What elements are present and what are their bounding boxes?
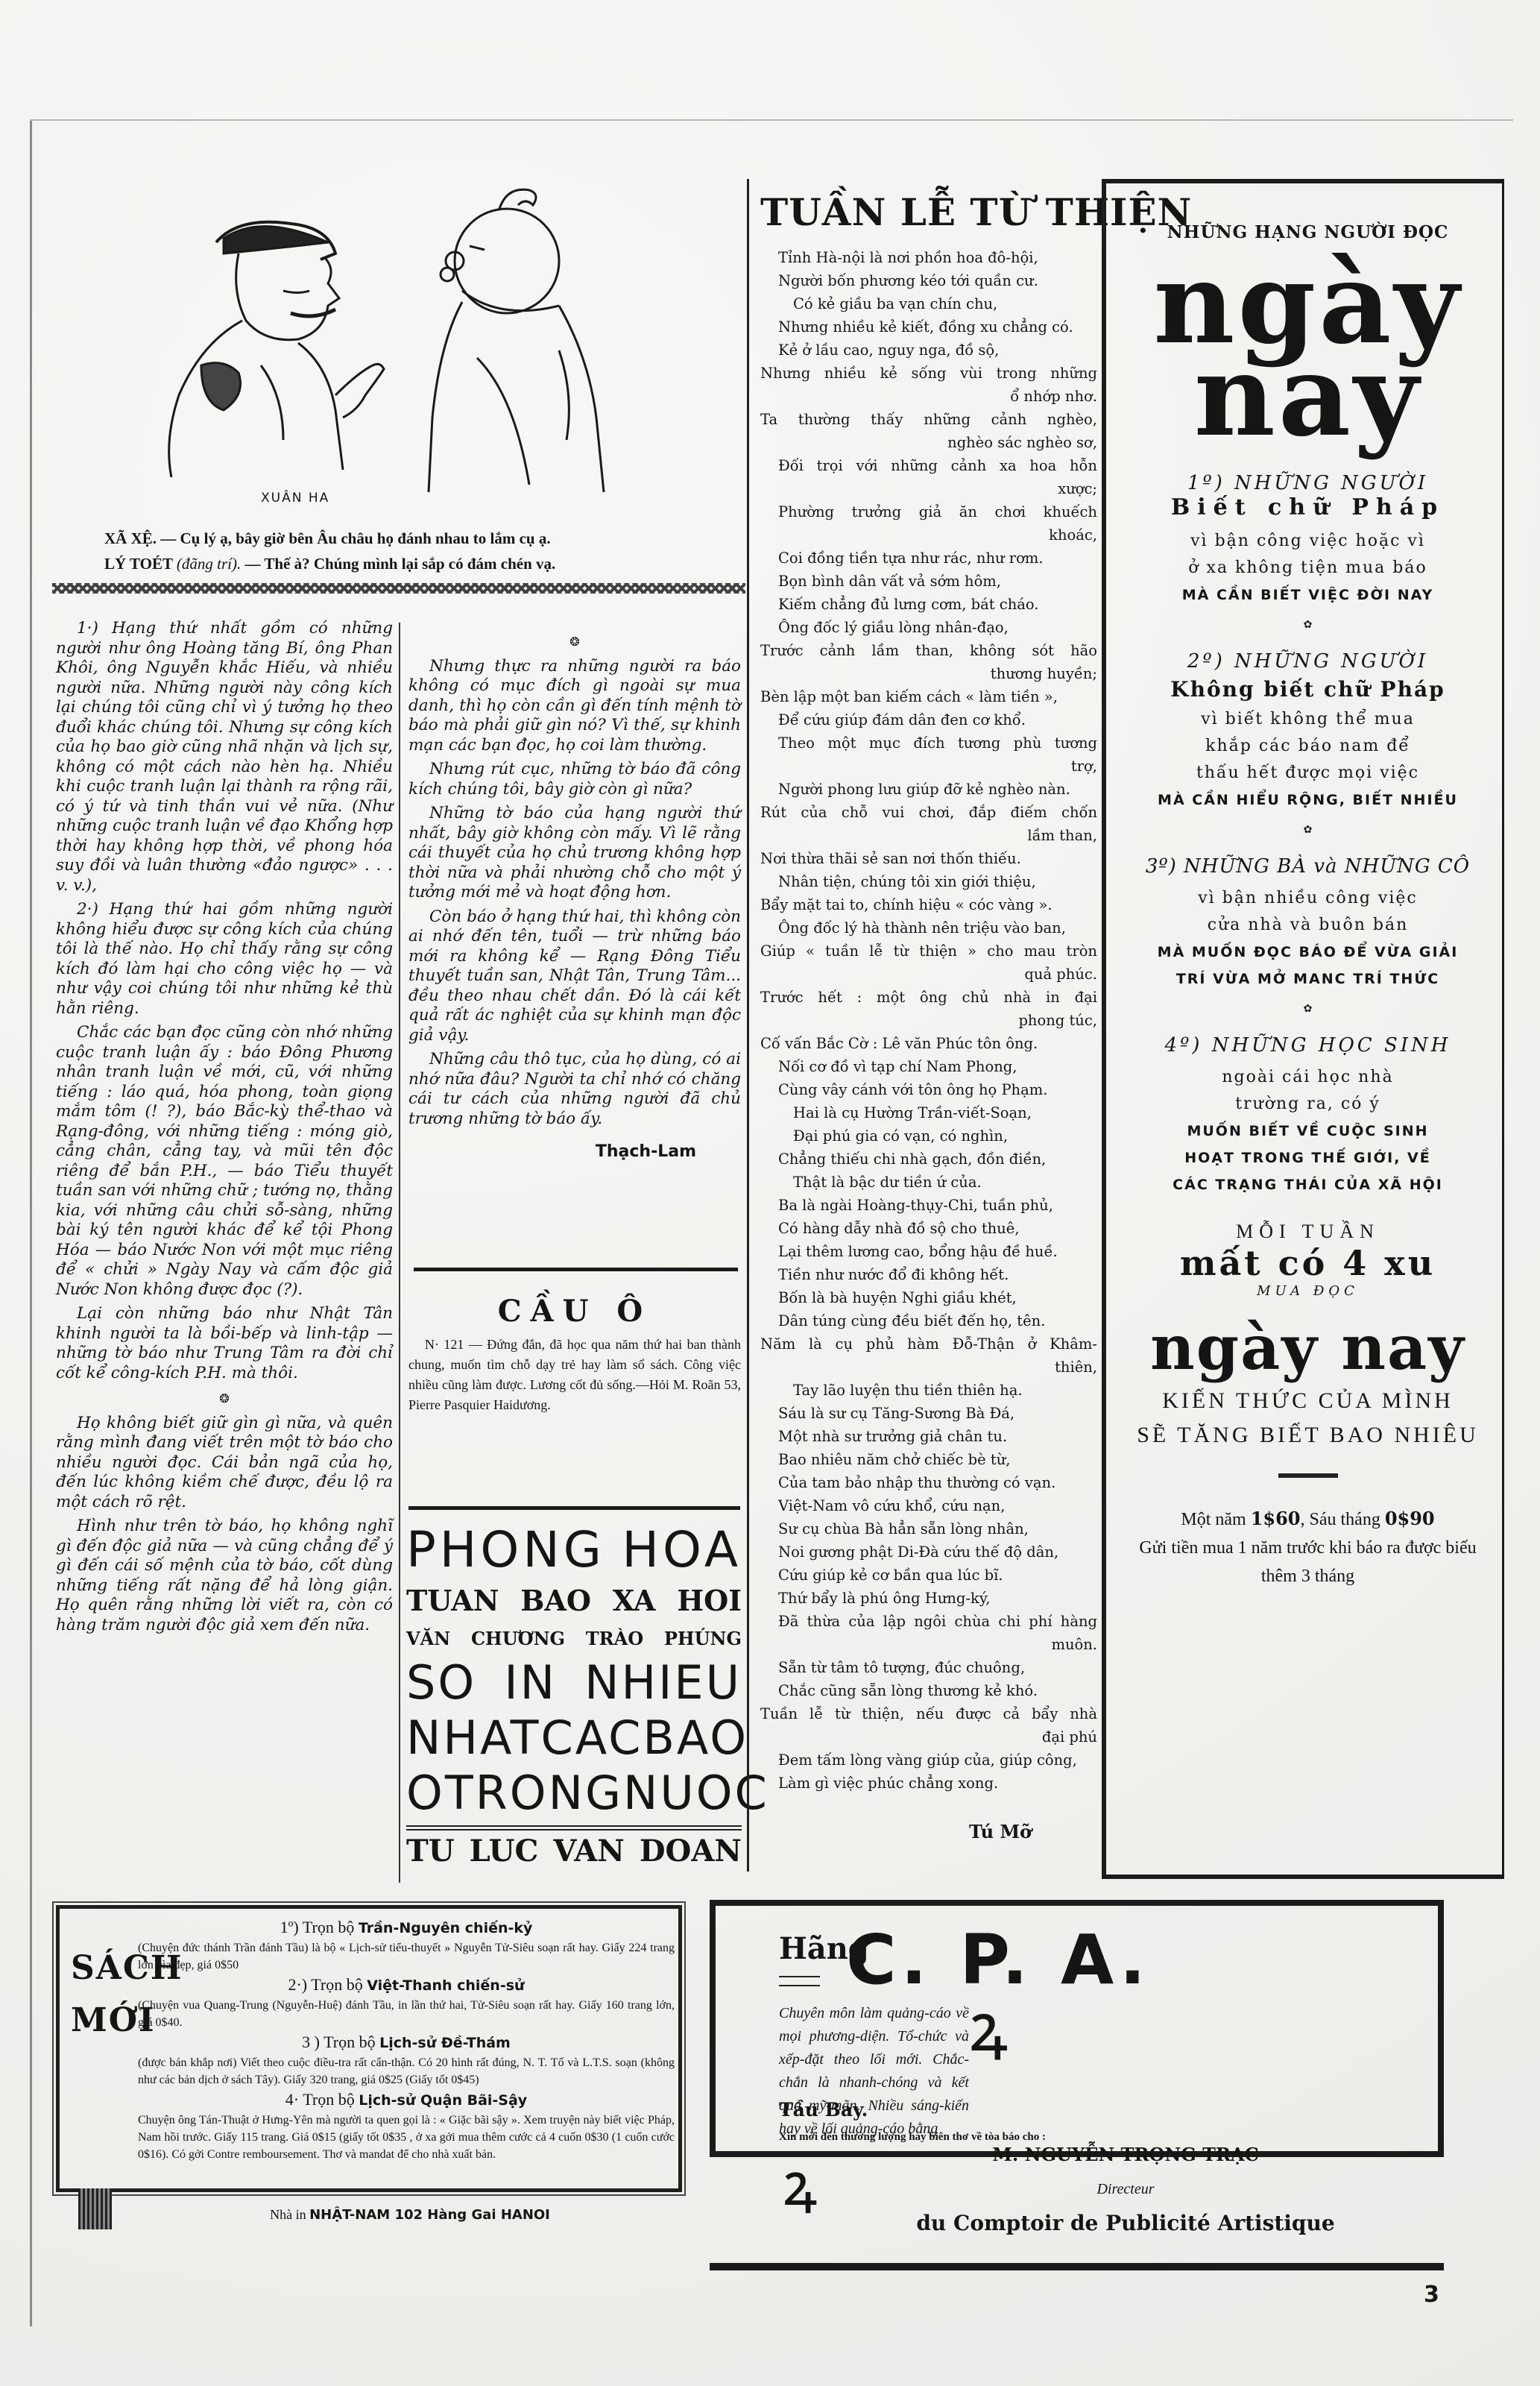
poem-line: Tiền như nước đổ đi không hết. [760,1263,1097,1286]
poem-line: Rút của chỗ vui chơi, đắp điếm chốn [760,801,1097,824]
article-paragraph: Hình như trên tờ báo, họ không nghĩ gì đ… [56,1517,393,1635]
poem-line: thương huyền; [760,662,1097,685]
article-column-2: ❂ Nhưng thực ra những người ra báo không… [408,626,741,1162]
caption-speaker-1: XÃ XỆ. [104,529,157,547]
ngay-nay-logo-inline: ngày nay [1124,1312,1492,1384]
page-top-border [30,119,1513,121]
article-paragraph: 1·) Hạng thứ nhất gồm có những người như… [56,619,393,895]
poem-line: quả phúc. [760,963,1097,986]
poem-line: Chắc cũng sẵn lòng thương kẻ khó. [760,1679,1097,1702]
group-line: khắp các báo nam để [1124,733,1492,760]
article-paragraph: Nhưng rút cục, những tờ báo đã công kích… [408,760,741,799]
caption-text-2: — Thế à? Chúng mình lại sắp có đám chén … [244,555,555,573]
poem-line: Làm gì việc phúc chẳng xong. [760,1772,1097,1795]
poem-line: Nhưng nhiều kẻ sống vùi trong những [760,362,1097,385]
group-line: ở xa không tiện mua báo [1124,555,1492,582]
poem-line: Người phong lưu giúp đỡ kẻ nghèo nàn. [760,778,1097,801]
poem-line: Người bốn phương kéo tới quần cư. [760,269,1097,292]
poem-line: Đại phú gia có vạn, có nghìn, [760,1124,1097,1148]
poem-line: đại phú [760,1725,1097,1748]
poem-line: Tay lão luyện thu tiền thiên hạ. [760,1379,1097,1402]
poem-line: Năm là cụ phủ hàm Đỗ-Thận ở Khâm- [760,1332,1097,1356]
article-paragraph: Họ không biết giữ gìn gì nữa, và quên rằ… [56,1414,393,1513]
page-left-border [30,119,32,2326]
poem-line: xược; [760,477,1097,500]
column-rule [399,623,400,1883]
poem-line: Hai là cụ Hường Trần-viết-Soạn, [760,1101,1097,1124]
flourish-ornament-icon: ꝝ [783,2159,817,2211]
ad-line: PHONGHOA [406,1521,742,1579]
ngay-nay-ad: NHỮNG HẠNG NGƯỜI ĐỌC ngày nay 1º) NHỮNG … [1102,179,1504,1879]
poem-line: Coi đồng tiền tựa như rác, như rơm. [760,547,1097,570]
poem-line: Một nhà sư trưởng giả chân tu. [760,1425,1097,1448]
cpa-tau-bay: Tầu Bay. [779,2099,868,2121]
poem-line: Theo một mục đích tương phù tương [760,731,1097,755]
group-label: 1º) NHỮNG NGƯỜI [1124,472,1492,494]
poem-line: Bọn bình dân vất vả sớm hôm, [760,570,1097,593]
poem-line: khoác, [760,523,1097,547]
poem-line: Dân túng cùng đều biết đến họ, tên. [760,1309,1097,1332]
group-label: 4º) NHỮNG HỌC SINH [1124,1034,1492,1057]
poem-line: lầm than, [760,824,1097,847]
poem-line: Bốn là bà huyện Nghi giầu khét, [760,1286,1097,1309]
poem-line: Ta thường thấy những cảnh nghèo, [760,408,1097,431]
cpa-ad-bottom-border [710,2263,1444,2270]
caption-text-1: — Cụ lý ạ, bây giờ bên Âu châu họ đánh n… [160,529,550,547]
book-description: Chuyện ông Tán-Thuật ở Hưng-Yên mà người… [138,2112,675,2163]
poem-line: Trước cảnh lầm than, không sót hão [760,639,1097,662]
article-paragraph: Lại còn những báo như Nhật Tân khinh ngư… [56,1304,393,1383]
book-heading: 1º) Trọn bộ Trần-Nguyên chiến-kỷ [138,1916,675,1939]
poem-line: thiên, [760,1356,1097,1379]
ornament-icon: ✿ [1124,619,1492,631]
book-description: (Chuyện đức thánh Trần đánh Tầu) là bộ «… [138,1939,675,1974]
classified-body: N· 121 — Đứng đắn, đã học qua năm thứ ha… [408,1335,741,1415]
group-caps: MÀ CẦN HIỂU RỘNG, BIẾT NHIỀU [1124,787,1492,813]
article-author: Thạch-Lam [408,1142,741,1162]
column-rule [747,179,749,1872]
ad-line: TUANBAOXAHOI [406,1579,742,1622]
section-separator-icon: ❂ [408,632,741,652]
ad-double-rule [406,1825,742,1831]
flourish-ornament-icon: ꝝ [969,1998,1008,2058]
article-paragraph: 2·) Hạng thứ hai gồm những người không h… [56,900,393,1019]
poem-line: Nơi thừa thãi sẻ san nơi thốn thiếu. [760,847,1097,870]
classified-title: CẦU Ô [408,1294,741,1329]
weekly-price: mất có 4 xu [1124,1243,1492,1283]
group-line: vì bận công việc hoặc vì [1124,528,1492,555]
poem-line: Có hàng dẫy nhà đồ sộ cho thuê, [760,1217,1097,1240]
buy-read-label: MUA ĐỌC [1124,1283,1492,1299]
cpa-company: du Comptoir de Publicité Artistique [850,2211,1401,2235]
poem-line: Trước hết : một ông chủ nhà in đại [760,986,1097,1009]
book-heading: 2·) Trọn bộ Việt-Thanh chiến-sử [138,1974,675,1997]
zigzag-divider [52,583,745,594]
group-title: Không biết chữ Pháp [1124,677,1492,702]
group-caps: MÀ MUỐN ĐỌC BÁO ĐỂ VỪA GIẢI [1124,939,1492,966]
cpa-invite: Xin mời đến thương lượng hay biên thơ về… [779,2131,1046,2144]
poem-line: Đã thừa của lập ngôi chùa chi phí hàng [760,1610,1097,1633]
poem-line: trợ, [760,755,1097,778]
book-heading: 3 ) Trọn bộ Lịch-sử Đề-Thám [138,2031,675,2054]
poem-line: phong túc, [760,1009,1097,1032]
group-line: thấu hết được mọi việc [1124,760,1492,787]
page-number: 3 [1424,2282,1439,2308]
divider-bar [1278,1472,1338,1478]
poem-line: Cố vấn Bắc Cờ : Lê văn Phúc tôn ông. [760,1032,1097,1055]
article-column-1: 1·) Hạng thứ nhất gồm có những người như… [56,619,393,1640]
poem-line: Đối trọi với những cảnh xa hoa hỗn [760,454,1097,477]
cartoon-artist-signature: XUÂN HA [261,491,329,506]
stamp-image [78,2188,112,2229]
group-line: ngoài cái học nhà [1124,1064,1492,1091]
cpa-logo: C. P. A. [846,1920,1150,2000]
article-paragraph: Còn báo ở hạng thứ hai, thì không còn ai… [408,907,741,1046]
cpa-rule [779,1976,820,1986]
poem-line: Cùng vây cánh với tôn ông họ Phạm. [760,1078,1097,1101]
group-label: 2º) NHỮNG NGƯỜI [1124,650,1492,673]
poem-author: Tú Mỡ [969,1821,1032,1842]
poem-line: Thật là bậc dư tiền ứ của. [760,1171,1097,1194]
book-heading: 4· Trọn bộ Lịch-sử Quận Bãi-Sậy [138,2088,675,2112]
poem-title: TUẦN LỄ TỪ THIỆN [760,190,1096,234]
ornament-icon: ✿ [1124,1003,1492,1015]
poem-line: Bẩy mặt tai to, chính hiệu « cóc vàng ». [760,893,1097,916]
poem-line: Của tam bảo nhập thu thường có vạn. [760,1471,1097,1494]
section-separator-icon: ❂ [56,1389,393,1409]
knowledge-line: KIẾN THỨC CỦA MÌNH [1124,1384,1492,1418]
ad-line: SOINNHIEU [406,1655,742,1710]
poem-line: Sáu là sư cụ Tăng-Sương Bà Đá, [760,1402,1097,1425]
group-caps: TRÍ VỪA MỞ MANC TRÍ THỨC [1124,966,1492,992]
poem-line: Việt-Nam vô cứu khổ, cứu nạn, [760,1494,1097,1517]
group-line: vì biết không thể mua [1124,706,1492,733]
poem-line: Bèn lập một ban kiếm cách « làm tiền », [760,685,1097,708]
book-description: (Chuyện vua Quang-Trung (Nguyễn-Huệ) đán… [138,1997,675,2031]
poem-line: Nhân tiện, chúng tôi xin giới thiệu, [760,870,1097,893]
article-paragraph: Những tờ báo của hạng người thứ nhất, bâ… [408,804,741,903]
book-description: (được bán khắp nơi) Viết theo cuộc điều-… [138,2054,675,2088]
book-list: 1º) Trọn bộ Trần-Nguyên chiến-kỷ(Chuyện … [138,1916,675,2163]
caption-aside-2: (đãng trí). [177,555,241,573]
poem-line: Noi gương phật Di-Đà cứu thế độ dân, [760,1540,1097,1564]
group-caps: MÀ CẦN BIẾT VIỆC ĐỜI NAY [1124,582,1492,608]
poem-line: Đem tấm lòng vàng giúp của, giúp công, [760,1748,1097,1772]
group-line: trường ra, có ý [1124,1091,1492,1118]
ad-line: VĂNCHƯƠNGTRÀOPHÚNG [406,1622,742,1655]
poem-line: Thứ bẩy là phú ông Hưng-ký, [760,1587,1097,1610]
poem-line: Bao nhiêu năm chở chiếc bè từ, [760,1448,1097,1471]
article-paragraph: Những câu thô tục, của họ dùng, có ai nh… [408,1050,741,1129]
ad-line: NHATCACBAO [406,1710,742,1766]
phong-hoa-ad: PHONGHOA TUANBAOXAHOI VĂNCHƯƠNGTRÀOPHÚNG… [406,1521,742,1869]
poem-line: ổ nhớp nhơ. [760,385,1097,408]
poem-line: Ba là ngài Hoàng-thụy-Chi, tuần phủ, [760,1194,1097,1217]
group-title: Biết chữ Pháp [1124,494,1492,520]
divider-rule [414,1268,738,1271]
poem-line: nghèo sác nghèo sơ, [760,431,1097,454]
group-label: 3º) NHỮNG BÀ và NHỮNG CÔ [1124,855,1492,878]
weekly-label: MỖI TUẦN [1124,1221,1492,1243]
group-caps: MUỐN BIẾT VỀ CUỘC SINH [1124,1118,1492,1145]
subscription-note: Gửi tiền mua 1 năm trước khi báo ra được… [1124,1534,1492,1590]
poem-line: muôn. [760,1633,1097,1656]
group-caps: HOẠT TRONG THẾ GIỚI, VỀ [1124,1145,1492,1171]
group-line: cửa nhà và buôn bán [1124,912,1492,939]
subscription-prices: Một năm 1$60, Sáu tháng 0$90 [1124,1505,1492,1534]
group-line: vì bận nhiều công việc [1124,885,1492,912]
poem-body: Tỉnh Hà-nội là nơi phồn hoa đô-hội,Người… [760,246,1097,1795]
cartoon-illustration [112,171,678,500]
poem-line: Lại thêm lương cao, bổng hậu đề huề. [760,1240,1097,1263]
poem-line: Ông đốc lý hà thành nên triệu vào ban, [760,916,1097,939]
poem-line: Chẳng thiếu chi nhà gạch, đồn điền, [760,1148,1097,1171]
ornament-icon: ✿ [1124,824,1492,836]
cpa-director-title: Directeur [865,2181,1386,2198]
poem-line: Nhưng nhiều kẻ kiết, đồng xu chẳng có. [760,315,1097,339]
publisher-line: Nhà in NHẬT-NAM 102 Hàng Gai HANOI [142,2207,678,2223]
cpa-director-name: M. NGUYỄN TRỌNG TRẠC [865,2144,1386,2165]
poem-line: Kiếm chẳng đủ lưng cơm, bát cháo. [760,593,1097,616]
cartoon-caption: XÃ XỆ. — Cụ lý ạ, bây giờ bên Âu châu họ… [104,526,716,576]
newspaper-page: XUÂN HA XÃ XỆ. — Cụ lý ạ, bây giờ bên Âu… [0,0,1540,2386]
poem-line: Kẻ ở lầu cao, nguy nga, đồ sộ, [760,339,1097,362]
poem-line: Có kẻ giầu ba vạn chín chu, [760,292,1097,315]
article-paragraph: Chắc các bạn đọc cũng còn nhớ những cuộc… [56,1023,393,1300]
knowledge-line: SẼ TĂNG BIẾT BAO NHIÊU [1124,1418,1492,1452]
poem-line: Tỉnh Hà-nội là nơi phồn hoa đô-hội, [760,246,1097,269]
poem-line: Sẵn từ tâm tô tượng, đúc chuông, [760,1656,1097,1679]
poem-line: Cứu giúp kẻ cơ bần qua lúc bĩ. [760,1564,1097,1587]
poem-line: Tuần lễ từ thiện, nếu được cả bẩy nhà [760,1702,1097,1725]
poem-line: Sư cụ chùa Bà hẳn sẵn lòng nhân, [760,1517,1097,1540]
poem-line: Nối cơ đồ vì tạp chí Nam Phong, [760,1055,1097,1078]
poem-line: Ông đốc lý giầu lòng nhân-đạo, [760,616,1097,639]
ad-line: OTRONGNUOC [406,1766,742,1821]
poem-line: Phường trưởng giả ăn chơi khuếch [760,500,1097,523]
poem-line: Giúp « tuần lễ từ thiện » cho mau tròn [760,939,1097,963]
ad-line: TULUCVANDOAN [406,1833,742,1869]
caption-speaker-2: LÝ TOÉT [104,555,173,573]
poem-line: Để cứu giúp đám dân đen cơ khổ. [760,708,1097,731]
article-paragraph: Nhưng thực ra những người ra báo không c… [408,657,741,756]
group-caps: CÁC TRẠNG THÁI CỦA XÃ HỘI [1124,1171,1492,1198]
divider-rule [408,1506,740,1510]
